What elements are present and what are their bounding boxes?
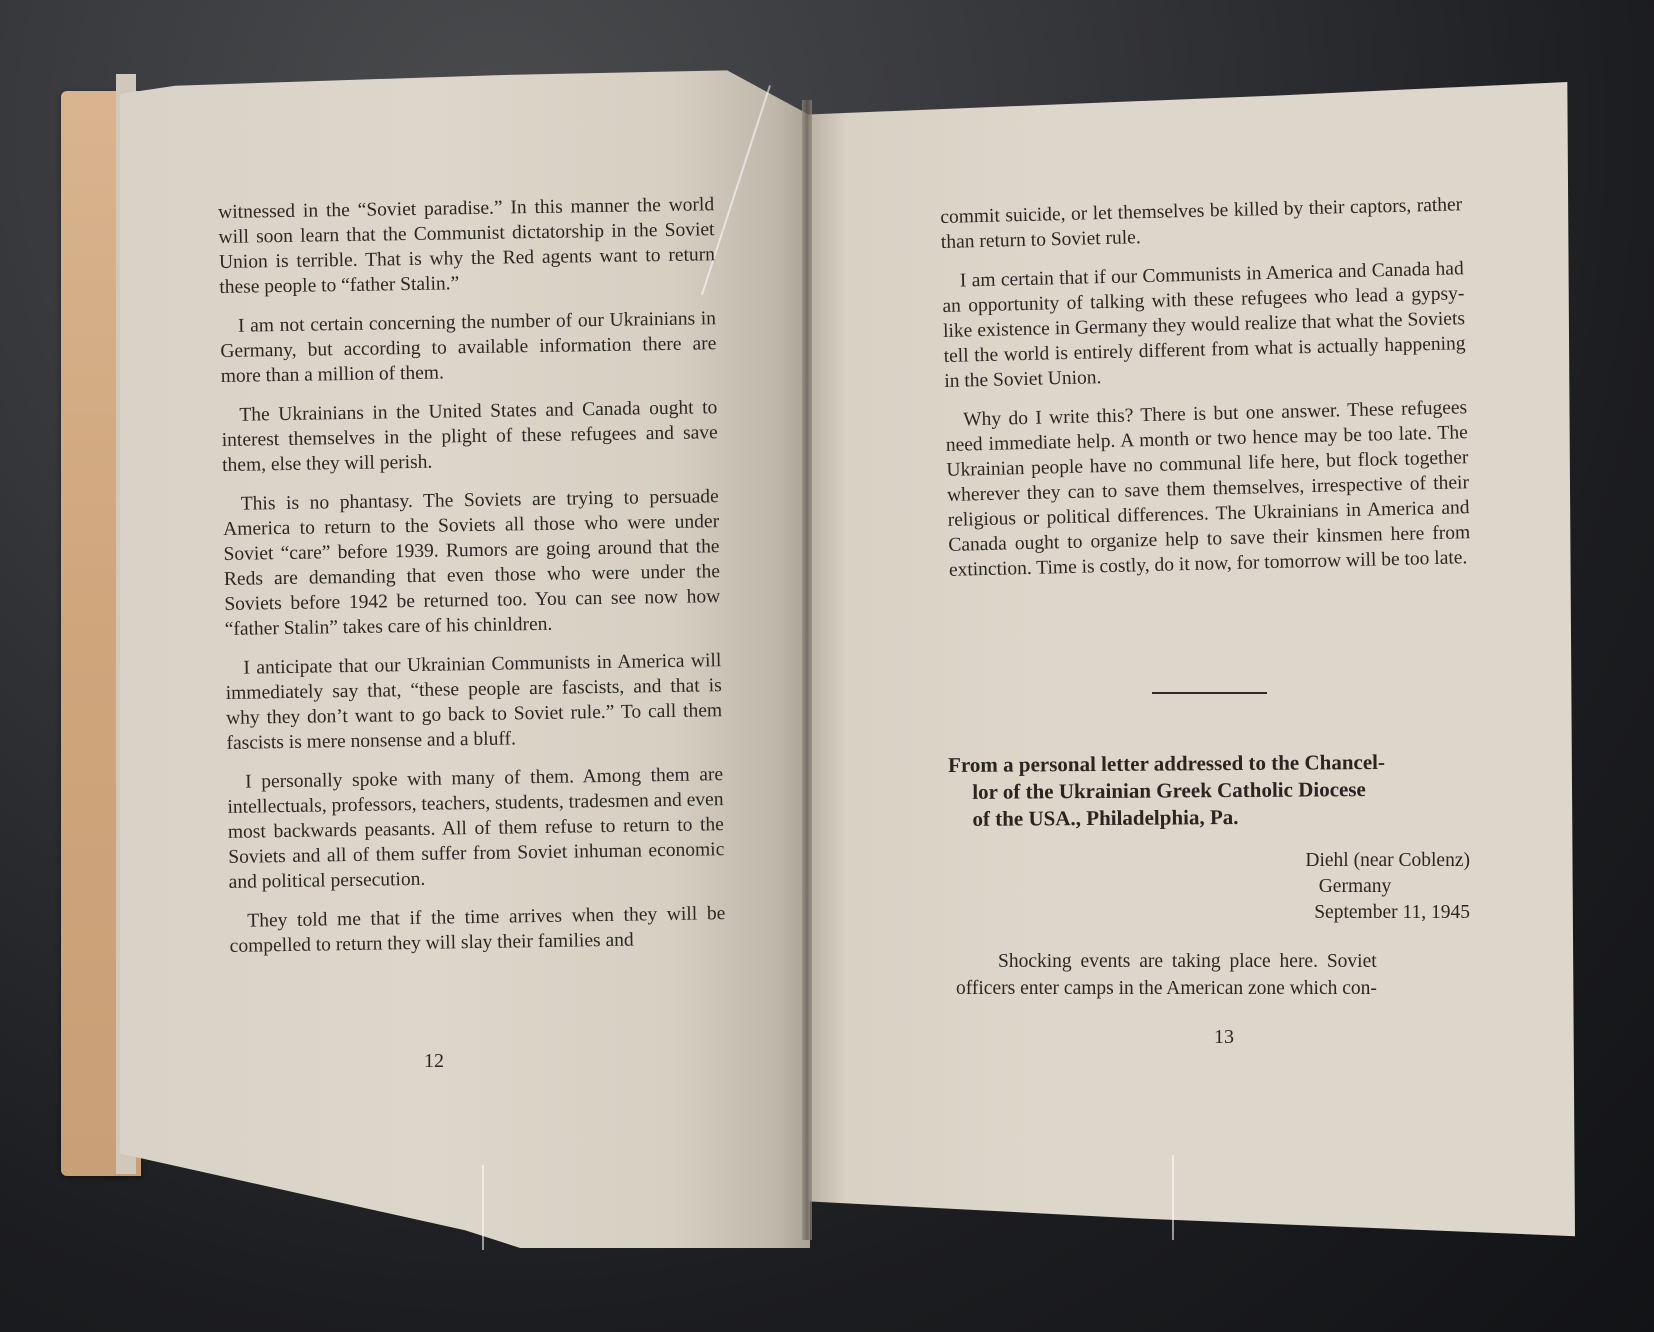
paragraph: I am not certain concerning the number o… [220, 306, 717, 389]
heading-line: of the USA., Philadelphia, Pa. [948, 802, 1496, 833]
paragraph: The Ukrainians in the United States and … [221, 395, 718, 478]
letter-dateline: Diehl (near Coblenz) Germany September 1… [1180, 848, 1470, 926]
dateline-country: Germany [1180, 874, 1470, 900]
page-crease [482, 1165, 484, 1250]
letter-heading: From a personal letter addressed to the … [948, 748, 1497, 833]
heading-line: lor of the Ukrainian Greek Catholic Dioc… [948, 775, 1496, 806]
letter-body: Shocking events are taking place here. S… [956, 948, 1496, 1002]
paragraph: I anticipate that our Ukrainian Communis… [225, 648, 723, 756]
page-crease [1172, 1155, 1174, 1240]
paragraph: I am certain that if our Communists in A… [942, 256, 1467, 394]
page-number-right: 13 [1214, 1026, 1234, 1049]
photo-scene: witnessed in the “Soviet paradise.” In t… [0, 0, 1654, 1332]
left-page-body: witnessed in the “Soviet paradise.” In t… [218, 192, 726, 973]
section-divider [1152, 692, 1267, 694]
page-number-left: 12 [424, 1050, 444, 1073]
paragraph: They told me that if the time arrives wh… [229, 901, 726, 959]
letter-line: Shocking events are taking place here. S… [956, 948, 1496, 975]
book-gutter [802, 100, 812, 1240]
letter-line: officers enter camps in the American zon… [956, 975, 1496, 1002]
paragraph: Why do I write this? There is but one an… [945, 395, 1471, 583]
paragraph: This is no phantasy. The Soviets are try… [223, 484, 721, 642]
heading-line: From a personal letter addressed to the … [948, 748, 1496, 779]
paragraph: I personally spoke with many of them. Am… [227, 762, 725, 895]
paragraph: witnessed in the “Soviet paradise.” In t… [218, 192, 716, 300]
right-page-body: commit suicide, or let themselves be kil… [940, 192, 1471, 597]
dateline-date: September 11, 1945 [1180, 900, 1470, 926]
dateline-place: Diehl (near Coblenz) [1180, 848, 1470, 874]
